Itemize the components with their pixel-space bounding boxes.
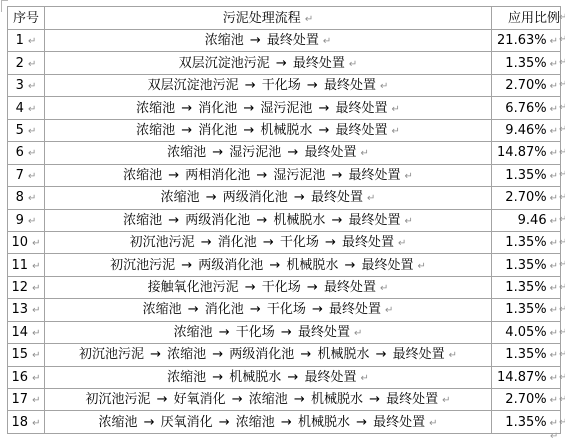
cell-end-mark: ↵ xyxy=(429,418,437,429)
cell-end-mark: ↵ xyxy=(360,373,368,384)
cell-end-mark: ↵ xyxy=(550,238,558,249)
table-row: 8↵浓缩池 → 两级消化池 → 最终处置↵2.70%↵ xyxy=(8,187,561,209)
serial-number-value: 1 xyxy=(16,33,24,48)
row-end-mark: ↵ xyxy=(559,187,565,210)
serial-number-cell: 3↵ xyxy=(8,74,45,96)
ratio-value: 9.46 xyxy=(518,213,547,228)
serial-number-value: 9 xyxy=(16,213,24,228)
table-row: 5↵浓缩池 → 消化池 → 机械脱水 → 最终处置↵9.46%↵ xyxy=(8,119,561,141)
table-row: 18↵浓缩池 → 厌氧消化 → 浓缩池 → 机械脱水 → 最终处置↵1.35%↵ xyxy=(8,411,561,434)
serial-number-value: 12 xyxy=(12,280,29,295)
cell-end-mark: ↵ xyxy=(28,126,36,137)
ratio-value: 14.87% xyxy=(497,145,547,160)
process-flow-cell: 浓缩池 → 消化池 → 机械脱水 → 最终处置↵ xyxy=(45,119,492,141)
ratio-cell: 1.35%↵ xyxy=(492,276,561,298)
cell-end-mark: ↵ xyxy=(323,36,331,47)
table-row: 13↵浓缩池 → 消化池 → 干化场 → 最终处置↵1.35%↵ xyxy=(8,299,561,321)
cell-end-mark: ↵ xyxy=(367,193,375,204)
serial-number-cell: 5↵ xyxy=(8,119,45,141)
cell-end-mark: ↵ xyxy=(28,36,36,47)
cell-end-mark: ↵ xyxy=(392,126,400,137)
table-row: 16↵浓缩池 → 机械脱水 → 最终处置↵14.87%↵ xyxy=(8,366,561,388)
process-flow-text: 浓缩池 → 两相消化池 → 湿污泥池 → 最终处置 xyxy=(123,168,400,183)
cell-end-mark: ↵ xyxy=(550,283,558,294)
cell-end-mark: ↵ xyxy=(32,395,40,406)
ratio-value: 1.35% xyxy=(505,302,546,317)
cell-end-mark: ↵ xyxy=(32,350,40,361)
serial-number-value: 16 xyxy=(12,370,29,385)
row-end-mark: ↵ xyxy=(559,254,565,277)
serial-number-value: 15 xyxy=(12,347,29,362)
table-row: 12↵接触氧化池污泥 → 干化场 → 最终处置↵1.35%↵ xyxy=(8,276,561,298)
process-flow-text: 浓缩池 → 消化池 → 机械脱水 → 最终处置 xyxy=(136,123,387,138)
process-flow-cell: 浓缩池 → 机械脱水 → 最终处置↵ xyxy=(45,366,492,388)
row-end-marks-column: ↵↵↵↵↵↵↵↵↵↵↵↵↵↵↵↵↵↵↵ xyxy=(559,6,565,434)
cell-end-mark: ↵ xyxy=(28,148,36,159)
row-end-mark: ↵ xyxy=(559,277,565,300)
process-flow-cell: 浓缩池 → 厌氧消化 → 浓缩池 → 机械脱水 → 最终处置↵ xyxy=(45,411,492,434)
cell-end-mark: ↵ xyxy=(418,261,426,272)
cell-end-mark: ↵ xyxy=(32,328,40,339)
process-flow-text: 双层沉淀池污泥 → 干化场 → 最终处置 xyxy=(148,78,376,93)
ratio-value: 2.70% xyxy=(505,78,546,93)
serial-number-value: 10 xyxy=(12,235,29,250)
serial-number-cell: 4↵ xyxy=(8,97,45,119)
serial-number-cell: 17↵ xyxy=(8,389,45,411)
row-end-mark: ↵ xyxy=(559,299,565,322)
ratio-cell: 1.35%↵ xyxy=(492,52,561,74)
table-row: 17↵初沉池污泥 → 好氧消化 → 浓缩池 → 机械脱水 → 最终处置↵2.70… xyxy=(8,389,561,411)
process-flow-text: 浓缩池 → 最终处置 xyxy=(205,33,319,48)
process-flow-cell: 浓缩池 → 两相消化池 → 湿污泥池 → 最终处置↵ xyxy=(45,164,492,186)
process-flow-text: 浓缩池 → 消化池 → 湿污泥池 → 最终处置 xyxy=(136,101,387,116)
serial-number-cell: 1↵ xyxy=(8,30,45,52)
cell-end-mark: ↵ xyxy=(550,104,558,115)
serial-number-cell: 8↵ xyxy=(8,187,45,209)
process-flow-cell: 浓缩池 → 湿污泥池 → 最终处置↵ xyxy=(45,142,492,164)
ratio-cell: 4.05%↵ xyxy=(492,321,561,343)
ratio-cell: 21.63%↵ xyxy=(492,30,561,52)
process-flow-text: 初沉池污泥 → 好氧消化 → 浓缩池 → 机械脱水 → 最终处置 xyxy=(85,392,438,407)
table-row: 4↵浓缩池 → 消化池 → 湿污泥池 → 最终处置↵6.76%↵ xyxy=(8,97,561,119)
process-flow-cell: 初沉池污泥 → 好氧消化 → 浓缩池 → 机械脱水 → 最终处置↵ xyxy=(45,389,492,411)
header-process-label: 污泥处理流程 xyxy=(223,11,301,26)
cell-end-mark: ↵ xyxy=(550,395,558,406)
serial-number-value: 8 xyxy=(16,190,24,205)
table-body: 1↵浓缩池 → 最终处置↵21.63%↵2↵双层沉淀池污泥 → 最终处置↵1.3… xyxy=(8,30,561,434)
ratio-cell: 6.76%↵ xyxy=(492,97,561,119)
process-flow-text: 浓缩池 → 干化场 → 最终处置 xyxy=(174,325,350,340)
table-row: 14↵浓缩池 → 干化场 → 最终处置↵4.05%↵ xyxy=(8,321,561,343)
header-process: 污泥处理流程↵ xyxy=(45,7,492,30)
process-flow-cell: 初沉池污泥 → 浓缩池 → 两级消化池 → 机械脱水 → 最终处置↵ xyxy=(45,344,492,366)
ratio-cell: 1.35%↵ xyxy=(492,254,561,276)
ratio-cell: 14.87%↵ xyxy=(492,366,561,388)
cell-end-mark: ↵ xyxy=(550,373,558,384)
cell-end-mark: ↵ xyxy=(380,81,388,92)
cell-end-mark: ↵ xyxy=(550,418,558,429)
cell-end-mark: ↵ xyxy=(28,193,36,204)
table-row: 11↵初沉池污泥 → 两级消化池 → 机械脱水 → 最终处置↵1.35%↵ xyxy=(8,254,561,276)
cell-end-mark: ↵ xyxy=(550,126,558,137)
process-flow-text: 浓缩池 → 机械脱水 → 最终处置 xyxy=(167,370,356,385)
cell-end-mark: ↵ xyxy=(550,305,558,316)
row-end-mark: ↵ xyxy=(559,119,565,142)
serial-number-cell: 12↵ xyxy=(8,276,45,298)
after-table-paragraph-mark: ↵ xyxy=(550,432,558,441)
cell-end-mark: ↵ xyxy=(550,81,558,92)
ratio-cell: 14.87%↵ xyxy=(492,142,561,164)
sludge-process-table: 序号 污泥处理流程↵ 应用比例 1↵浓缩池 → 最终处置↵21.63%↵2↵双层… xyxy=(7,6,561,434)
ratio-value: 1.35% xyxy=(505,415,546,430)
serial-number-value: 7 xyxy=(16,168,24,183)
cell-end-mark: ↵ xyxy=(398,238,406,249)
header-ratio-label: 应用比例 xyxy=(508,11,560,26)
header-row: 序号 污泥处理流程↵ 应用比例 xyxy=(8,7,561,30)
cell-end-mark: ↵ xyxy=(32,283,40,294)
process-flow-cell: 浓缩池 → 消化池 → 干化场 → 最终处置↵ xyxy=(45,299,492,321)
cell-end-mark: ↵ xyxy=(354,328,362,339)
row-end-mark: ↵ xyxy=(559,6,565,29)
table-row: 6↵浓缩池 → 湿污泥池 → 最终处置↵14.87%↵ xyxy=(8,142,561,164)
header-ratio: 应用比例 xyxy=(492,7,561,30)
ratio-value: 4.05% xyxy=(505,325,546,340)
serial-number-value: 17 xyxy=(12,392,29,407)
cell-end-mark: ↵ xyxy=(380,283,388,294)
row-end-mark: ↵ xyxy=(559,389,565,412)
ratio-value: 14.87% xyxy=(497,370,547,385)
serial-number-cell: 10↵ xyxy=(8,231,45,253)
ratio-value: 6.76% xyxy=(505,101,546,116)
serial-number-value: 18 xyxy=(12,415,29,430)
row-end-mark: ↵ xyxy=(559,97,565,120)
cell-end-mark: ↵ xyxy=(305,14,313,25)
cell-end-mark: ↵ xyxy=(385,305,393,316)
ratio-cell: 2.70%↵ xyxy=(492,187,561,209)
row-end-mark: ↵ xyxy=(559,52,565,75)
ratio-value: 1.35% xyxy=(505,280,546,295)
cell-end-mark: ↵ xyxy=(550,36,558,47)
serial-number-cell: 11↵ xyxy=(8,254,45,276)
process-flow-text: 接触氧化池污泥 → 干化场 → 最终处置 xyxy=(148,280,376,295)
cell-end-mark: ↵ xyxy=(550,171,558,182)
document-page: 序号 污泥处理流程↵ 应用比例 1↵浓缩池 → 最终处置↵21.63%↵2↵双层… xyxy=(0,0,565,441)
table-row: 7↵浓缩池 → 两相消化池 → 湿污泥池 → 最终处置↵1.35%↵ xyxy=(8,164,561,186)
cell-end-mark: ↵ xyxy=(550,350,558,361)
row-end-mark: ↵ xyxy=(559,232,565,255)
cell-end-mark: ↵ xyxy=(449,350,457,361)
cell-end-mark: ↵ xyxy=(28,216,36,227)
cell-end-mark: ↵ xyxy=(550,261,558,272)
cell-end-mark: ↵ xyxy=(550,59,558,70)
serial-number-value: 2 xyxy=(16,56,24,71)
ratio-value: 1.35% xyxy=(505,235,546,250)
ratio-value: 1.35% xyxy=(505,168,546,183)
process-flow-text: 浓缩池 → 两级消化池 → 机械脱水 → 最终处置 xyxy=(123,213,400,228)
table-row: 3↵双层沉淀池污泥 → 干化场 → 最终处置↵2.70%↵ xyxy=(8,74,561,96)
serial-number-value: 13 xyxy=(12,302,29,317)
cell-end-mark: ↵ xyxy=(32,418,40,429)
serial-number-value: 6 xyxy=(16,145,24,160)
table-row: 15↵初沉池污泥 → 浓缩池 → 两级消化池 → 机械脱水 → 最终处置↵1.3… xyxy=(8,344,561,366)
cell-end-mark: ↵ xyxy=(32,373,40,384)
serial-number-value: 14 xyxy=(12,325,29,340)
row-end-mark: ↵ xyxy=(559,412,565,435)
cell-end-mark: ↵ xyxy=(550,193,558,204)
cell-end-mark: ↵ xyxy=(32,238,40,249)
serial-number-cell: 13↵ xyxy=(8,299,45,321)
ratio-cell: 1.35%↵ xyxy=(492,231,561,253)
process-flow-text: 初沉池污泥 → 消化池 → 干化场 → 最终处置 xyxy=(130,235,394,250)
cell-end-mark: ↵ xyxy=(550,148,558,159)
serial-number-value: 4 xyxy=(16,101,24,116)
process-flow-text: 浓缩池 → 消化池 → 干化场 → 最终处置 xyxy=(143,302,381,317)
cell-end-mark: ↵ xyxy=(405,171,413,182)
process-flow-text: 初沉池污泥 → 两级消化池 → 机械脱水 → 最终处置 xyxy=(110,258,413,273)
cell-end-mark: ↵ xyxy=(442,395,450,406)
cell-end-mark: ↵ xyxy=(349,59,357,70)
header-serial-number: 序号 xyxy=(8,7,45,30)
cell-end-mark: ↵ xyxy=(392,104,400,115)
process-flow-cell: 浓缩池 → 两级消化池 → 机械脱水 → 最终处置↵ xyxy=(45,209,492,231)
ratio-cell: 9.46%↵ xyxy=(492,119,561,141)
ratio-cell: 2.70%↵ xyxy=(492,389,561,411)
process-flow-text: 初沉池污泥 → 浓缩池 → 两级消化池 → 机械脱水 → 最终处置 xyxy=(79,347,445,362)
ratio-cell: 1.35%↵ xyxy=(492,164,561,186)
cell-end-mark: ↵ xyxy=(32,305,40,316)
row-end-mark: ↵ xyxy=(559,29,565,52)
serial-number-cell: 6↵ xyxy=(8,142,45,164)
row-end-mark: ↵ xyxy=(559,142,565,165)
ratio-cell: 1.35%↵ xyxy=(492,299,561,321)
process-flow-cell: 浓缩池 → 最终处置↵ xyxy=(45,30,492,52)
ratio-cell: 1.35%↵ xyxy=(492,344,561,366)
serial-number-value: 3 xyxy=(16,78,24,93)
cell-end-mark: ↵ xyxy=(550,328,558,339)
process-flow-text: 浓缩池 → 两级消化池 → 最终处置 xyxy=(161,190,363,205)
process-flow-cell: 初沉池污泥 → 两级消化池 → 机械脱水 → 最终处置↵ xyxy=(45,254,492,276)
table-row: 2↵双层沉淀池污泥 → 最终处置↵1.35%↵ xyxy=(8,52,561,74)
table-row: 10↵初沉池污泥 → 消化池 → 干化场 → 最终处置↵1.35%↵ xyxy=(8,231,561,253)
process-flow-text: 浓缩池 → 厌氧消化 → 浓缩池 → 机械脱水 → 最终处置 xyxy=(98,415,425,430)
cell-end-mark: ↵ xyxy=(360,148,368,159)
serial-number-cell: 7↵ xyxy=(8,164,45,186)
serial-number-cell: 9↵ xyxy=(8,209,45,231)
row-end-mark: ↵ xyxy=(559,367,565,390)
cell-end-mark: ↵ xyxy=(28,81,36,92)
ratio-value: 9.46% xyxy=(505,123,546,138)
process-flow-cell: 双层沉淀池污泥 → 最终处置↵ xyxy=(45,52,492,74)
ratio-cell: 2.70%↵ xyxy=(492,74,561,96)
row-end-mark: ↵ xyxy=(559,322,565,345)
cell-end-mark: ↵ xyxy=(405,216,413,227)
cell-end-mark: ↵ xyxy=(28,59,36,70)
process-flow-text: 浓缩池 → 湿污泥池 → 最终处置 xyxy=(167,145,356,160)
serial-number-cell: 16↵ xyxy=(8,366,45,388)
ratio-value: 2.70% xyxy=(505,190,546,205)
table-row: 1↵浓缩池 → 最终处置↵21.63%↵ xyxy=(8,30,561,52)
serial-number-value: 11 xyxy=(12,258,29,273)
serial-number-cell: 15↵ xyxy=(8,344,45,366)
process-flow-text: 双层沉淀池污泥 → 最终处置 xyxy=(179,56,345,71)
serial-number-cell: 14↵ xyxy=(8,321,45,343)
cell-end-mark: ↵ xyxy=(28,171,36,182)
ratio-value: 2.70% xyxy=(505,392,546,407)
cell-end-mark: ↵ xyxy=(550,216,558,227)
serial-number-cell: 2↵ xyxy=(8,52,45,74)
ratio-value: 1.35% xyxy=(505,258,546,273)
row-end-mark: ↵ xyxy=(559,164,565,187)
cell-end-mark: ↵ xyxy=(28,104,36,115)
serial-number-value: 5 xyxy=(16,123,24,138)
ratio-cell: 9.46↵ xyxy=(492,209,561,231)
table-row: 9↵浓缩池 → 两级消化池 → 机械脱水 → 最终处置↵9.46↵ xyxy=(8,209,561,231)
header-serial-number-label: 序号 xyxy=(13,11,39,26)
process-flow-cell: 双层沉淀池污泥 → 干化场 → 最终处置↵ xyxy=(45,74,492,96)
process-flow-cell: 浓缩池 → 两级消化池 → 最终处置↵ xyxy=(45,187,492,209)
process-flow-cell: 接触氧化池污泥 → 干化场 → 最终处置↵ xyxy=(45,276,492,298)
ratio-value: 21.63% xyxy=(497,33,547,48)
ratio-value: 1.35% xyxy=(505,56,546,71)
row-end-mark: ↵ xyxy=(559,74,565,97)
process-flow-cell: 浓缩池 → 干化场 → 最终处置↵ xyxy=(45,321,492,343)
cell-end-mark: ↵ xyxy=(32,261,40,272)
process-flow-cell: 初沉池污泥 → 消化池 → 干化场 → 最终处置↵ xyxy=(45,231,492,253)
row-end-mark: ↵ xyxy=(559,209,565,232)
process-flow-cell: 浓缩池 → 消化池 → 湿污泥池 → 最终处置↵ xyxy=(45,97,492,119)
table-header: 序号 污泥处理流程↵ 应用比例 xyxy=(8,7,561,30)
ratio-value: 1.35% xyxy=(505,347,546,362)
row-end-mark: ↵ xyxy=(559,344,565,367)
serial-number-cell: 18↵ xyxy=(8,411,45,434)
